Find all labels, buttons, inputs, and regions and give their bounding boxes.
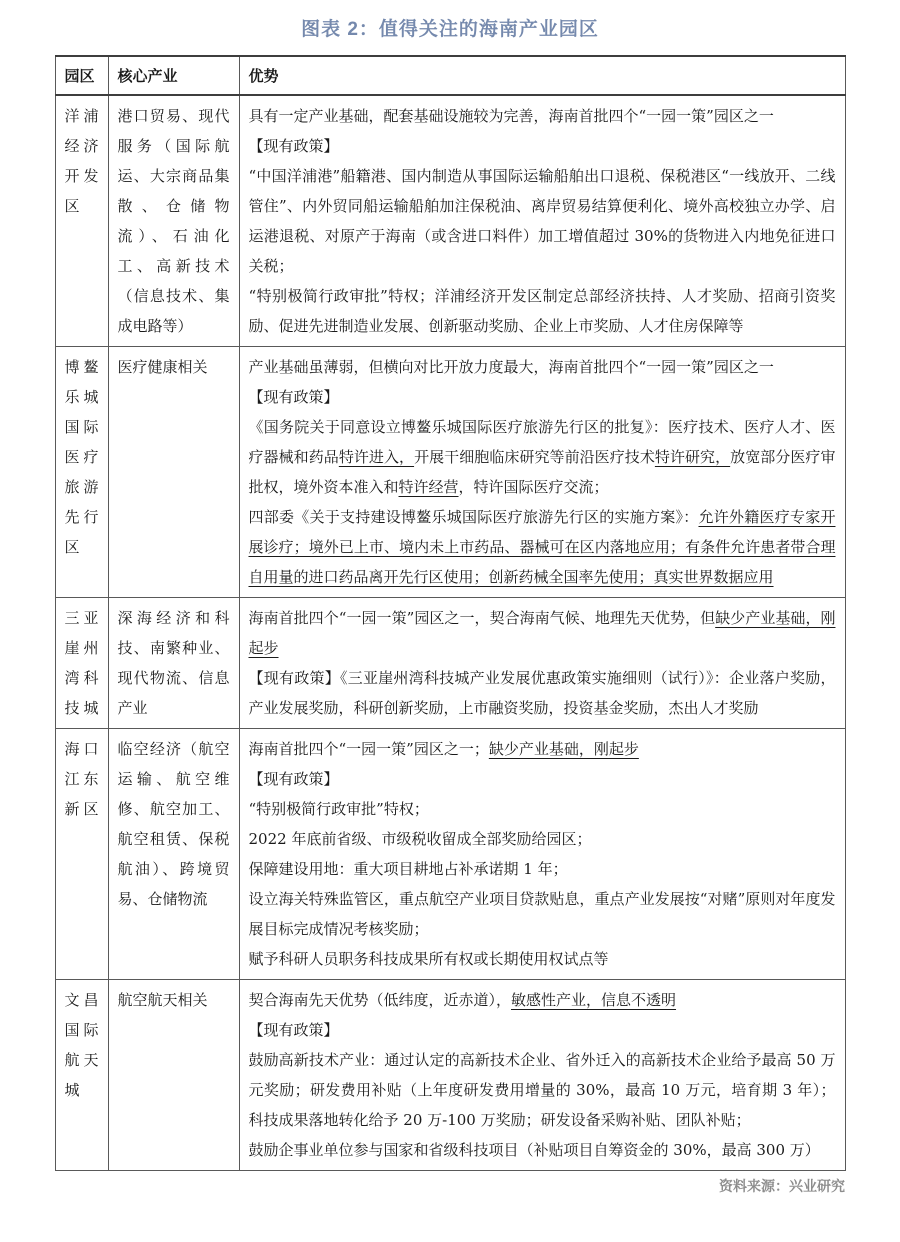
- park-name: 海口江东新区: [65, 734, 99, 824]
- underlined-text: 缺少产业基础，刚起步: [489, 740, 639, 758]
- underlined-text: 特许经营: [399, 478, 459, 496]
- industry-cell: 医疗健康相关: [108, 347, 239, 598]
- advantage-paragraph: 海南首批四个“一园一策”园区之一；缺少产业基础，刚起步: [249, 734, 836, 764]
- advantage-paragraph: 鼓励企事业单位参与国家和省级科技项目（补贴项目自筹资金的 30%，最高 300 …: [249, 1135, 836, 1165]
- industry-cell: 临空经济（航空运输、航空维修、航空加工、航空租赁、保税航油）、跨境贸易、仓储物流: [108, 729, 239, 980]
- text-segment: 【现有政策】: [249, 388, 339, 406]
- advantage-paragraph: 具有一定产业基础，配套基础设施较为完善，海南首批四个“一园一策”园区之一: [249, 101, 836, 131]
- text-segment: 设立海关特殊监管区，重点航空产业项目贷款贴息，重点产业发展按“对赌”原则对年度发…: [249, 890, 836, 938]
- text-segment: 保障建设用地：重大项目耕地占补承诺期 1 年；: [249, 860, 568, 878]
- figure-title: 图表 2：值得关注的海南产业园区: [0, 14, 900, 41]
- industrial-parks-table: 园区 核心产业 优势 洋浦经济开发区港口贸易、现代服务（国际航运、大宗商品集散、…: [55, 55, 846, 1171]
- advantage-cell: 具有一定产业基础，配套基础设施较为完善，海南首批四个“一园一策”园区之一【现有政…: [239, 95, 845, 347]
- advantage-paragraph: 《国务院关于同意设立博鳌乐城国际医疗旅游先行区的批复》：医疗技术、医疗人才、医疗…: [249, 412, 836, 502]
- column-header-park: 园区: [55, 56, 108, 95]
- industry-text: 深海经济和科技、南繁种业、现代物流、信息产业: [118, 603, 230, 723]
- text-segment: 【现有政策】: [249, 1021, 339, 1039]
- text-segment: 产业基础虽薄弱，但横向对比开放力度最大，海南首批四个“一园一策”园区之一: [249, 358, 774, 376]
- underlined-text: 特许进入，: [339, 448, 414, 466]
- park-name: 洋浦经济开发区: [65, 101, 99, 221]
- text-segment: 鼓励高新技术产业：通过认定的高新技术企业、省外迁入的高新技术企业给予最高 50 …: [249, 1051, 836, 1129]
- text-segment: 海南首批四个“一园一策”园区之一，契合海南气候、地理先天优势，但: [249, 609, 716, 627]
- text-segment: 2022 年底前省级、市级税收留成全部奖励给园区；: [249, 830, 592, 848]
- advantage-paragraph: 鼓励高新技术产业：通过认定的高新技术企业、省外迁入的高新技术企业给予最高 50 …: [249, 1045, 836, 1135]
- park-cell: 文昌国际航天城: [55, 980, 108, 1171]
- advantage-cell: 海南首批四个“一园一策”园区之一；缺少产业基础，刚起步【现有政策】“特别极简行政…: [239, 729, 845, 980]
- text-segment: 赋予科研人员职务科技成果所有权或长期使用权试点等: [249, 950, 609, 968]
- industry-text: 医疗健康相关: [118, 352, 230, 382]
- park-name: 博鳌乐城国际医疗旅游先行区: [65, 352, 99, 562]
- industry-cell: 航空航天相关: [108, 980, 239, 1171]
- text-segment: 四部委《关于支持建设博鳌乐城国际医疗旅游先行区的实施方案》：: [249, 508, 699, 526]
- industry-text: 港口贸易、现代服务（国际航运、大宗商品集散、仓储物流）、石油化工、高新技术（信息…: [118, 101, 230, 341]
- advantage-paragraph: 海南首批四个“一园一策”园区之一，契合海南气候、地理先天优势，但缺少产业基础，刚…: [249, 603, 836, 663]
- advantage-paragraph: 保障建设用地：重大项目耕地占补承诺期 1 年；: [249, 854, 836, 884]
- park-cell: 海口江东新区: [55, 729, 108, 980]
- industry-cell: 港口贸易、现代服务（国际航运、大宗商品集散、仓储物流）、石油化工、高新技术（信息…: [108, 95, 239, 347]
- advantage-paragraph: “特别极简行政审批”特权；洋浦经济开发区制定总部经济扶持、人才奖励、招商引资奖励…: [249, 281, 836, 341]
- park-name: 文昌国际航天城: [65, 985, 99, 1105]
- text-segment: 具有一定产业基础，配套基础设施较为完善，海南首批四个“一园一策”园区之一: [249, 107, 774, 125]
- advantage-cell: 契合海南先天优势（低纬度，近赤道），敏感性产业，信息不透明【现有政策】鼓励高新技…: [239, 980, 845, 1171]
- advantage-paragraph: 【现有政策】: [249, 382, 836, 412]
- table-row: 博鳌乐城国际医疗旅游先行区医疗健康相关产业基础虽薄弱，但横向对比开放力度最大，海…: [55, 347, 845, 598]
- park-cell: 博鳌乐城国际医疗旅游先行区: [55, 347, 108, 598]
- table-header-row: 园区 核心产业 优势: [55, 56, 845, 95]
- text-segment: “特别极简行政审批”特权；洋浦经济开发区制定总部经济扶持、人才奖励、招商引资奖励…: [249, 287, 836, 335]
- industry-cell: 深海经济和科技、南繁种业、现代物流、信息产业: [108, 598, 239, 729]
- underlined-text: 特许研究，: [655, 448, 730, 466]
- advantage-paragraph: 【现有政策】《三亚崖州湾科技城产业发展优惠政策实施细则（试行）》：企业落户奖励，…: [249, 663, 836, 723]
- column-header-industry: 核心产业: [108, 56, 239, 95]
- table-row: 文昌国际航天城航空航天相关契合海南先天优势（低纬度，近赤道），敏感性产业，信息不…: [55, 980, 845, 1171]
- text-segment: 开展干细胞临床研究等前沿医疗技术: [414, 448, 655, 466]
- text-segment: 【现有政策】《三亚崖州湾科技城产业发展优惠政策实施细则（试行）》：企业落户奖励，…: [249, 669, 836, 717]
- park-name: 三亚崖州湾科技城: [65, 603, 99, 723]
- table-body: 洋浦经济开发区港口贸易、现代服务（国际航运、大宗商品集散、仓储物流）、石油化工、…: [55, 95, 845, 1171]
- industry-text: 临空经济（航空运输、航空维修、航空加工、航空租赁、保税航油）、跨境贸易、仓储物流: [118, 734, 230, 914]
- advantage-paragraph: 赋予科研人员职务科技成果所有权或长期使用权试点等: [249, 944, 836, 974]
- advantage-paragraph: 【现有政策】: [249, 131, 836, 161]
- advantage-paragraph: 设立海关特殊监管区，重点航空产业项目贷款贴息，重点产业发展按“对赌”原则对年度发…: [249, 884, 836, 944]
- table-row: 三亚崖州湾科技城深海经济和科技、南繁种业、现代物流、信息产业海南首批四个“一园一…: [55, 598, 845, 729]
- advantage-cell: 产业基础虽薄弱，但横向对比开放力度最大，海南首批四个“一园一策”园区之一【现有政…: [239, 347, 845, 598]
- advantage-cell: 海南首批四个“一园一策”园区之一，契合海南气候、地理先天优势，但缺少产业基础，刚…: [239, 598, 845, 729]
- source-note: 资料来源：兴业研究: [55, 1176, 845, 1206]
- advantage-paragraph: 2022 年底前省级、市级税收留成全部奖励给园区；: [249, 824, 836, 854]
- text-segment: 海南首批四个“一园一策”园区之一；: [249, 740, 489, 758]
- industry-text: 航空航天相关: [118, 985, 230, 1015]
- column-header-advantage: 优势: [239, 56, 845, 95]
- report-page: 图表 2：值得关注的海南产业园区 园区 核心产业 优势 洋浦经济开发区港口贸易、…: [0, 0, 900, 1242]
- advantage-paragraph: 【现有政策】: [249, 764, 836, 794]
- park-cell: 洋浦经济开发区: [55, 95, 108, 347]
- advantage-paragraph: 【现有政策】: [249, 1015, 836, 1045]
- text-segment: 鼓励企事业单位参与国家和省级科技项目（补贴项目自筹资金的 30%，最高 300 …: [249, 1141, 820, 1159]
- text-segment: 【现有政策】: [249, 770, 339, 788]
- table-row: 海口江东新区临空经济（航空运输、航空维修、航空加工、航空租赁、保税航油）、跨境贸…: [55, 729, 845, 980]
- text-segment: ，特许国际医疗交流；: [459, 478, 609, 496]
- advantage-paragraph: 四部委《关于支持建设博鳌乐城国际医疗旅游先行区的实施方案》：允许外籍医疗专家开展…: [249, 502, 836, 592]
- park-cell: 三亚崖州湾科技城: [55, 598, 108, 729]
- text-segment: 契合海南先天优势（低纬度，近赤道），: [249, 991, 512, 1009]
- text-segment: “特别极简行政审批”特权；: [249, 800, 429, 818]
- advantage-paragraph: 契合海南先天优势（低纬度，近赤道），敏感性产业，信息不透明: [249, 985, 836, 1015]
- underlined-text: 敏感性产业，信息不透明: [511, 991, 676, 1009]
- advantage-paragraph: “特别极简行政审批”特权；: [249, 794, 836, 824]
- text-segment: 【现有政策】: [249, 137, 339, 155]
- table-row: 洋浦经济开发区港口贸易、现代服务（国际航运、大宗商品集散、仓储物流）、石油化工、…: [55, 95, 845, 347]
- advantage-paragraph: “中国洋浦港”船籍港、国内制造从事国际运输船舶出口退税、保税港区“一线放开、二线…: [249, 161, 836, 281]
- text-segment: “中国洋浦港”船籍港、国内制造从事国际运输船舶出口退税、保税港区“一线放开、二线…: [249, 167, 836, 275]
- advantage-paragraph: 产业基础虽薄弱，但横向对比开放力度最大，海南首批四个“一园一策”园区之一: [249, 352, 836, 382]
